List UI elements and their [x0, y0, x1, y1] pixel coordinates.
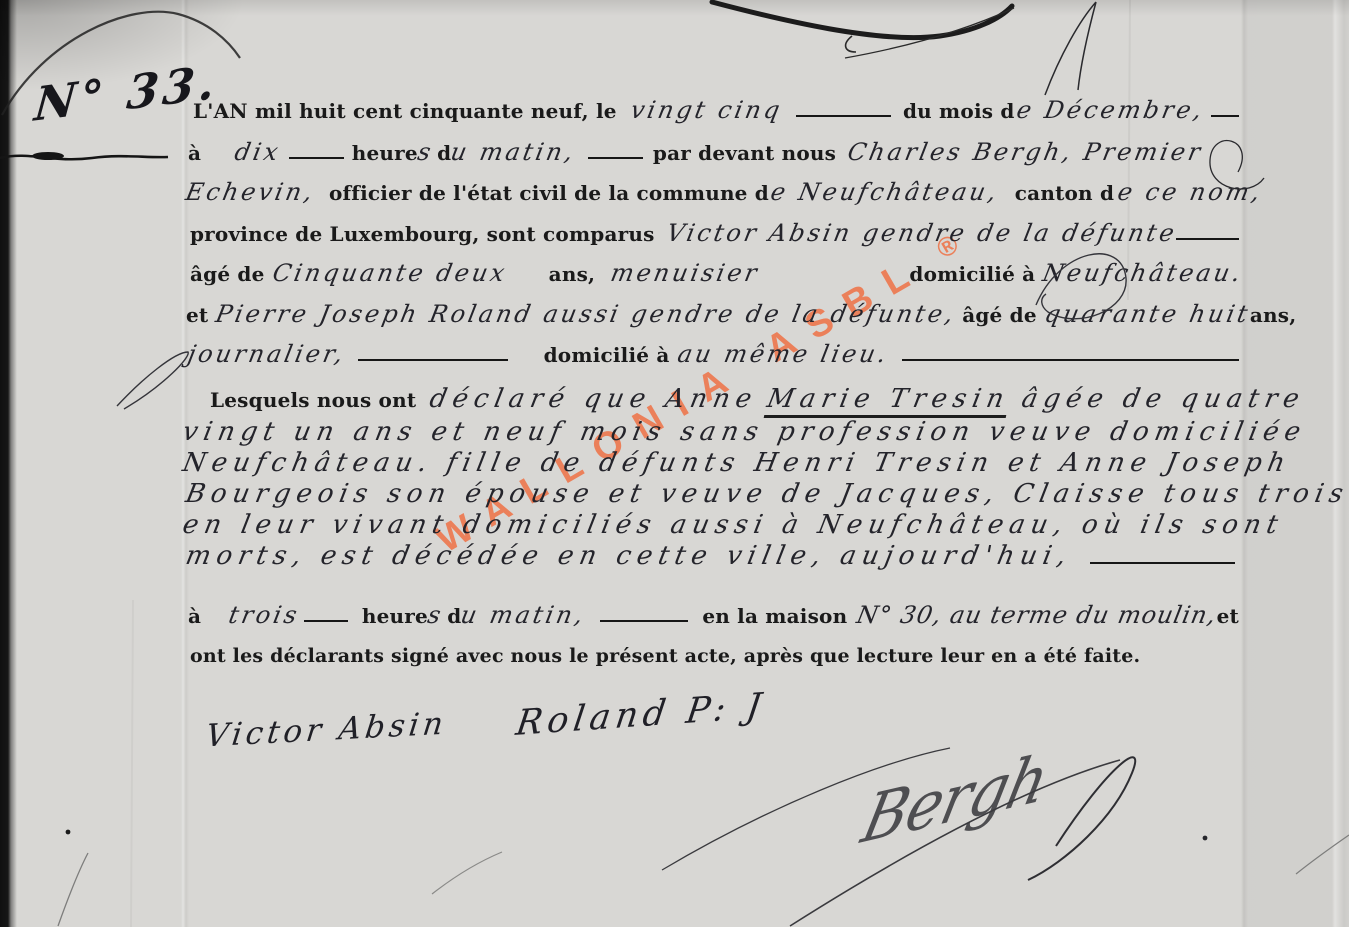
fill-rule [358, 357, 508, 361]
death-record-page: N° 33. WALLONIAASBL® L'AN mil huit cent … [0, 0, 1349, 927]
faint-mark-bottom-left [58, 853, 88, 926]
faint-mark-bottom-right [1296, 835, 1349, 874]
handwritten-segment: s [425, 601, 446, 629]
handwritten-segment: déclaré que Anne [427, 384, 760, 414]
fill-rule [289, 155, 344, 159]
flourish-top-signature [712, 2, 1012, 38]
flourish-margin-loop [117, 352, 188, 409]
fill-rule [796, 113, 891, 117]
handwritten-segment: journalier, [185, 340, 348, 368]
flourish-underline-act-number [0, 156, 168, 160]
officer-signature-dot [1203, 836, 1208, 841]
printed-segment: heure [352, 141, 418, 165]
act-line-01: L'AN mil huit cent cinquante neuf, le vi… [193, 96, 1239, 124]
handwritten-segment: u matin, [459, 601, 589, 629]
handwritten-segment: Pierre Joseph Roland aussi gendre de la … [214, 300, 959, 328]
handwritten-segment: morts, est décédée en cette ville, aujou… [183, 541, 1074, 571]
act-line-15: ont les déclarants signé avec nous le pr… [190, 645, 1239, 667]
act-line-10: Neufchâteau. fille de défunts Henri Tres… [183, 448, 1239, 478]
handwritten-segment: quarante huit [1042, 300, 1253, 328]
handwritten-segment: Echevin, [183, 178, 317, 206]
printed-segment: et [1217, 604, 1239, 628]
handwritten-segment: Charles Bergh, Premier [845, 138, 1205, 166]
printed-segment: à [188, 604, 201, 628]
handwritten-segment: e ce nom, [1115, 178, 1265, 206]
fill-rule [304, 618, 348, 622]
printed-segment: par devant nous [653, 141, 836, 165]
printed-segment: domicilié à [544, 343, 670, 367]
printed-segment: canton d [1015, 181, 1114, 205]
printed-segment: ans, [549, 262, 596, 286]
act-line-03: Echevin, officier de l'état civil de la … [186, 178, 1239, 206]
handwritten-segment: en leur vivant domiciliés aussi à Neufch… [180, 510, 1286, 540]
printed-segment: province de Luxembourg, sont comparus [190, 222, 655, 246]
handwritten-segment: trois [226, 601, 302, 629]
act-line-08: Lesquels nous ont déclaré que Anne Marie… [210, 384, 1232, 418]
printed-segment: âgé de [962, 303, 1037, 327]
faint-mark-bottom-mid [432, 852, 502, 894]
act-line-13: morts, est décédée en cette ville, aujou… [186, 541, 1235, 571]
handwritten-deceased-name: Marie Tresin [764, 384, 1013, 418]
act-line-05: âgé de Cinquante deux ans, menuisier dom… [190, 259, 1239, 287]
handwritten-segment: vingt un ans et neuf mois sans professio… [180, 417, 1309, 447]
signature-victor-absin: Victor Absin [204, 706, 449, 755]
handwritten-segment: e Décembre, [1014, 96, 1207, 124]
fill-rule [902, 357, 1239, 361]
printed-segment: à [188, 141, 201, 165]
handwritten-segment: e Neufchâteau, [768, 178, 1001, 206]
signature-officer-bergh: Bergh [855, 738, 1055, 859]
fill-rule [1211, 113, 1239, 117]
act-line-09: vingt un ans et neuf mois sans professio… [183, 417, 1239, 447]
act-line-02: à dix heure s d u matin, par devant nous… [188, 138, 1239, 166]
handwritten-segment: Neufchâteau. [1041, 259, 1246, 287]
printed-segment: en la maison [702, 604, 847, 628]
handwritten-segment: Bourgeois son épouse et veuve de Jacques… [183, 479, 1349, 509]
ink-speck [66, 830, 71, 835]
printed-segment: ans, [1250, 303, 1297, 327]
fill-rule [1090, 560, 1235, 564]
handwritten-segment: âgée de quatre [1019, 384, 1307, 414]
handwritten-segment: vingt cinq [628, 96, 785, 124]
act-line-14: à trois heure s d u matin, en la maison … [188, 601, 1239, 629]
act-line-12: en leur vivant domiciliés aussi à Neufch… [183, 510, 1239, 540]
handwritten-segment: menuisier [608, 259, 762, 287]
handwritten-segment: Neufchâteau. fille de défunts Henri Tres… [180, 448, 1293, 478]
handwritten-segment: N° 30, au terme du moulin, [855, 601, 1220, 629]
printed-segment: Lesquels nous ont [210, 388, 416, 412]
printed-segment: domicilié à [909, 262, 1035, 286]
printed-segment: du mois d [903, 99, 1015, 123]
handwritten-segment: dix [232, 138, 283, 166]
flourish-top-signature-hook [846, 36, 856, 52]
printed-segment: et [186, 303, 208, 327]
handwritten-segment: u matin, [449, 138, 579, 166]
handwritten-segment: au même lieu. [675, 340, 891, 368]
fill-rule [588, 155, 643, 159]
handwritten-segment: s [415, 138, 436, 166]
handwritten-segment: Victor Absin gendre de la défunte [664, 219, 1179, 247]
flourish-underline-blob [32, 152, 64, 160]
act-line-04: province de Luxembourg, sont comparus Vi… [190, 219, 1239, 247]
act-line-07: journalier, domicilié à au même lieu. [188, 340, 1239, 368]
act-line-06: et Pierre Joseph Roland aussi gendre de … [186, 300, 1244, 328]
paper-crease-lower [131, 600, 133, 927]
act-line-11: Bourgeois son épouse et veuve de Jacques… [186, 479, 1239, 509]
handwritten-segment: Cinquante deux [270, 259, 510, 287]
signature-roland: Roland P: J [513, 686, 768, 744]
printed-segment: âgé de [190, 262, 265, 286]
fill-rule [1176, 236, 1239, 240]
flourish-decembre-capital [1045, 2, 1096, 95]
printed-segment: officier de l'état civil de la commune d [329, 181, 769, 205]
printed-segment: heure [362, 604, 428, 628]
printed-segment: L'AN mil huit cent cinquante neuf, le [193, 99, 617, 123]
printed-segment: ont les déclarants signé avec nous le pr… [190, 645, 1140, 667]
fill-rule [600, 618, 688, 622]
flourish-top-signature-thin [845, 8, 1014, 58]
